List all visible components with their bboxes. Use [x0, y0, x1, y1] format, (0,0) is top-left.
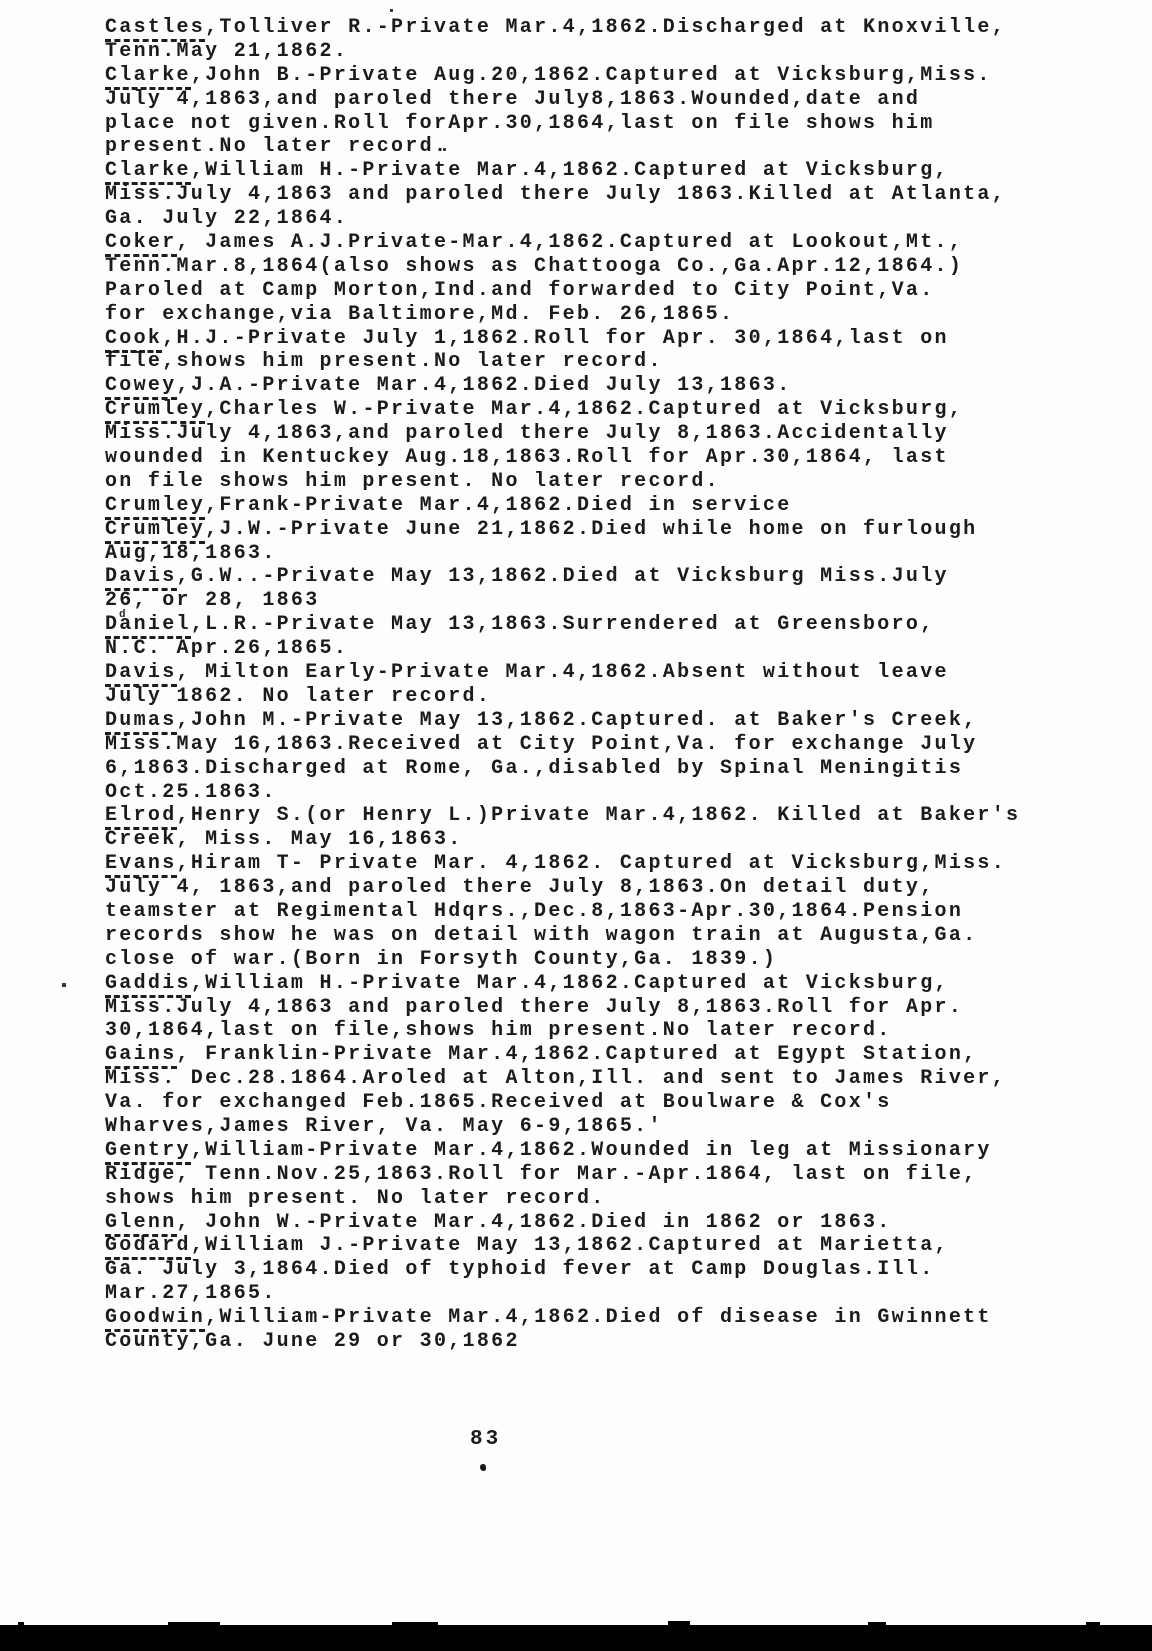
entry-line: Miss.July 4,1863 and paroled there July …: [105, 996, 1100, 1020]
surname: Cowey: [105, 374, 177, 400]
record-entry: Davis,G.W..-Private May 13,1862.Died at …: [105, 565, 1100, 613]
entry-line: teamster at Regimental Hdqrs.,Dec.8,1863…: [105, 900, 1100, 924]
record-entry: Clarke,William H.-Private Mar.4,1862.Cap…: [105, 159, 1100, 231]
record-entry: Clarke,John B.-Private Aug.20,1862.Captu…: [105, 64, 1100, 160]
entry-first-line: Danield,L.R.-Private May 13,1863.Surrend…: [105, 613, 1100, 637]
surname: Crumley: [105, 398, 205, 424]
record-entry: Cowey,J.A.-Private Mar.4,1862.Died July …: [105, 374, 1100, 398]
entry-line: Ridge, Tenn.Nov.25,1863.Roll for Mar.-Ap…: [105, 1163, 1100, 1187]
entry-first-line: Gentry,William-Private Mar.4,1862.Wounde…: [105, 1139, 1100, 1163]
entry-first-line: Evans,Hiram T- Private Mar. 4,1862. Capt…: [105, 852, 1100, 876]
entry-line: Mar.27,1865.: [105, 1282, 1100, 1306]
entry-line: Aug,18,1863.: [105, 542, 1100, 566]
entry-first-line: Davis, Milton Early-Private Mar.4,1862.A…: [105, 661, 1100, 685]
entry-line: July 4,1863,and paroled there July8,1863…: [105, 88, 1100, 112]
record-entry: Crumley,Charles W.-Private Mar.4,1862.Ca…: [105, 398, 1100, 494]
correction-mark: d: [119, 604, 126, 628]
surname: Castles: [105, 16, 205, 42]
surname: Crumley: [105, 518, 205, 544]
entry-line: records show he was on detail with wagon…: [105, 924, 1100, 948]
entry-line: Wharves,James River, Va. May 6-9,1865.': [105, 1115, 1100, 1139]
entry-first-line: Crumley,Charles W.-Private Mar.4,1862.Ca…: [105, 398, 1100, 422]
record-entry: Gaddis,William H.-Private Mar.4,1862.Cap…: [105, 972, 1100, 1044]
surname: Gains: [105, 1043, 177, 1069]
entry-line: Ga. July 3,1864.Died of typhoid fever at…: [105, 1258, 1100, 1282]
entry-first-line: Crumley,Frank-Private Mar.4,1862.Died in…: [105, 494, 1100, 518]
surname: Daniel: [105, 613, 191, 639]
surname: Cook: [105, 327, 162, 353]
entry-line: July 1862. No later record.: [105, 685, 1100, 709]
surname: Elrod: [105, 804, 177, 830]
entry-first-line: Cook,H.J.-Private July 1,1862.Roll for A…: [105, 327, 1100, 351]
surname: Dumas: [105, 709, 177, 735]
record-entry: Gentry,William-Private Mar.4,1862.Wounde…: [105, 1139, 1100, 1211]
surname: Goodwin: [105, 1306, 205, 1332]
entry-line: 26, or 28, 1863: [105, 589, 1100, 613]
record-entry: Godard,William J.-Private May 13,1862.Ca…: [105, 1234, 1100, 1306]
entry-line: 30,1864,last on file,shows him present.N…: [105, 1019, 1100, 1043]
entry-first-line: Gaddis,William H.-Private Mar.4,1862.Cap…: [105, 972, 1100, 996]
entry-first-line: Goodwin,William-Private Mar.4,1862.Died …: [105, 1306, 1100, 1330]
record-list: Castles,Tolliver R.-Private Mar.4,1862.D…: [105, 16, 1100, 1354]
scan-artifact-dot: [443, 148, 446, 151]
entry-line: July 4, 1863,and paroled there July 8,18…: [105, 876, 1100, 900]
entry-line: 6,1863.Discharged at Rome, Ga.,disabled …: [105, 757, 1100, 781]
entry-first-line: Coker, James A.J.Private-Mar.4,1862.Capt…: [105, 231, 1100, 255]
entry-line: Miss.July 4,1863 and paroled there July …: [105, 183, 1100, 207]
record-entry: Crumley,Frank-Private Mar.4,1862.Died in…: [105, 494, 1100, 518]
record-entry: Castles,Tolliver R.-Private Mar.4,1862.D…: [105, 16, 1100, 64]
surname: Davis: [105, 661, 177, 687]
scan-artifact-dot: [62, 983, 66, 987]
entry-first-line: Davis,G.W..-Private May 13,1862.Died at …: [105, 565, 1100, 589]
surname: Crumley: [105, 494, 205, 520]
document-page: Castles,Tolliver R.-Private Mar.4,1862.D…: [0, 0, 1152, 1651]
surname: Davis: [105, 565, 177, 591]
entry-line: Miss.May 16,1863.Received at City Point,…: [105, 733, 1100, 757]
entry-line: Oct.25.1863.: [105, 781, 1100, 805]
record-entry: Danield,L.R.-Private May 13,1863.Surrend…: [105, 613, 1100, 661]
record-entry: Gains, Franklin-Private Mar.4,1862.Captu…: [105, 1043, 1100, 1139]
record-entry: Dumas,John M.-Private May 13,1862.Captur…: [105, 709, 1100, 805]
entry-line: place not given.Roll forApr.30,1864,last…: [105, 112, 1100, 136]
record-entry: Davis, Milton Early-Private Mar.4,1862.A…: [105, 661, 1100, 709]
entry-line: wounded in Kentuckey Aug.18,1863.Roll fo…: [105, 446, 1100, 470]
entry-line: shows him present. No later record.: [105, 1187, 1100, 1211]
scan-artifact-dot: [390, 9, 393, 12]
record-entry: Cook,H.J.-Private July 1,1862.Roll for A…: [105, 327, 1100, 375]
entry-line: Ga. July 22,1864.: [105, 207, 1100, 231]
entry-line: Tenn.May 21,1862.: [105, 40, 1100, 64]
entry-line: close of war.(Born in Forsyth County,Ga.…: [105, 948, 1100, 972]
entry-line: for exchange,via Baltimore,Md. Feb. 26,1…: [105, 303, 1100, 327]
surname: Clarke: [105, 159, 191, 185]
entry-line: Miss. Dec.28.1864.Aroled at Alton,Ill. a…: [105, 1067, 1100, 1091]
entry-line: N.C. Apr.26,1865.: [105, 637, 1100, 661]
record-entry: Glenn, John W.-Private Mar.4,1862.Died i…: [105, 1211, 1100, 1235]
record-entry: Crumley,J.W.-Private June 21,1862.Died w…: [105, 518, 1100, 566]
ink-speck: [480, 1464, 486, 1471]
entry-line: Creek, Miss. May 16,1863.: [105, 828, 1100, 852]
record-entry: Evans,Hiram T- Private Mar. 4,1862. Capt…: [105, 852, 1100, 971]
entry-first-line: Dumas,John M.-Private May 13,1862.Captur…: [105, 709, 1100, 733]
entry-first-line: Cowey,J.A.-Private Mar.4,1862.Died July …: [105, 374, 1100, 398]
surname: Gaddis: [105, 972, 191, 998]
entry-line: Tenn.Mar.8,1864(also shows as Chattooga …: [105, 255, 1100, 279]
entry-line: County,Ga. June 29 or 30,1862: [105, 1330, 1100, 1354]
entry-line: Miss.July 4,1863,and paroled there July …: [105, 422, 1100, 446]
surname: Godard: [105, 1234, 191, 1260]
entry-line: Va. for exchanged Feb.1865.Received at B…: [105, 1091, 1100, 1115]
entry-first-line: Crumley,J.W.-Private June 21,1862.Died w…: [105, 518, 1100, 542]
scan-edge-strip: [0, 1625, 1152, 1651]
record-entry: Coker, James A.J.Private-Mar.4,1862.Capt…: [105, 231, 1100, 327]
entry-first-line: Elrod,Henry S.(or Henry L.)Private Mar.4…: [105, 804, 1100, 828]
entry-first-line: Gains, Franklin-Private Mar.4,1862.Captu…: [105, 1043, 1100, 1067]
record-entry: Elrod,Henry S.(or Henry L.)Private Mar.4…: [105, 804, 1100, 852]
surname: Glenn: [105, 1211, 177, 1237]
entry-first-line: Castles,Tolliver R.-Private Mar.4,1862.D…: [105, 16, 1100, 40]
entry-line: on file shows him present. No later reco…: [105, 470, 1100, 494]
surname: Coker: [105, 231, 177, 257]
record-entry: Goodwin,William-Private Mar.4,1862.Died …: [105, 1306, 1100, 1354]
surname: Gentry: [105, 1139, 191, 1165]
entry-line: file,shows him present.No later record.: [105, 350, 1100, 374]
entry-line: Paroled at Camp Morton,Ind.and forwarded…: [105, 279, 1100, 303]
entry-line: present.No later record.: [105, 135, 1100, 159]
entry-first-line: Glenn, John W.-Private Mar.4,1862.Died i…: [105, 1211, 1100, 1235]
surname: Clarke: [105, 64, 191, 90]
entry-first-line: Godard,William J.-Private May 13,1862.Ca…: [105, 1234, 1100, 1258]
page-number: 83: [470, 1428, 501, 1451]
entry-first-line: Clarke,John B.-Private Aug.20,1862.Captu…: [105, 64, 1100, 88]
surname: Evans: [105, 852, 177, 878]
entry-first-line: Clarke,William H.-Private Mar.4,1862.Cap…: [105, 159, 1100, 183]
